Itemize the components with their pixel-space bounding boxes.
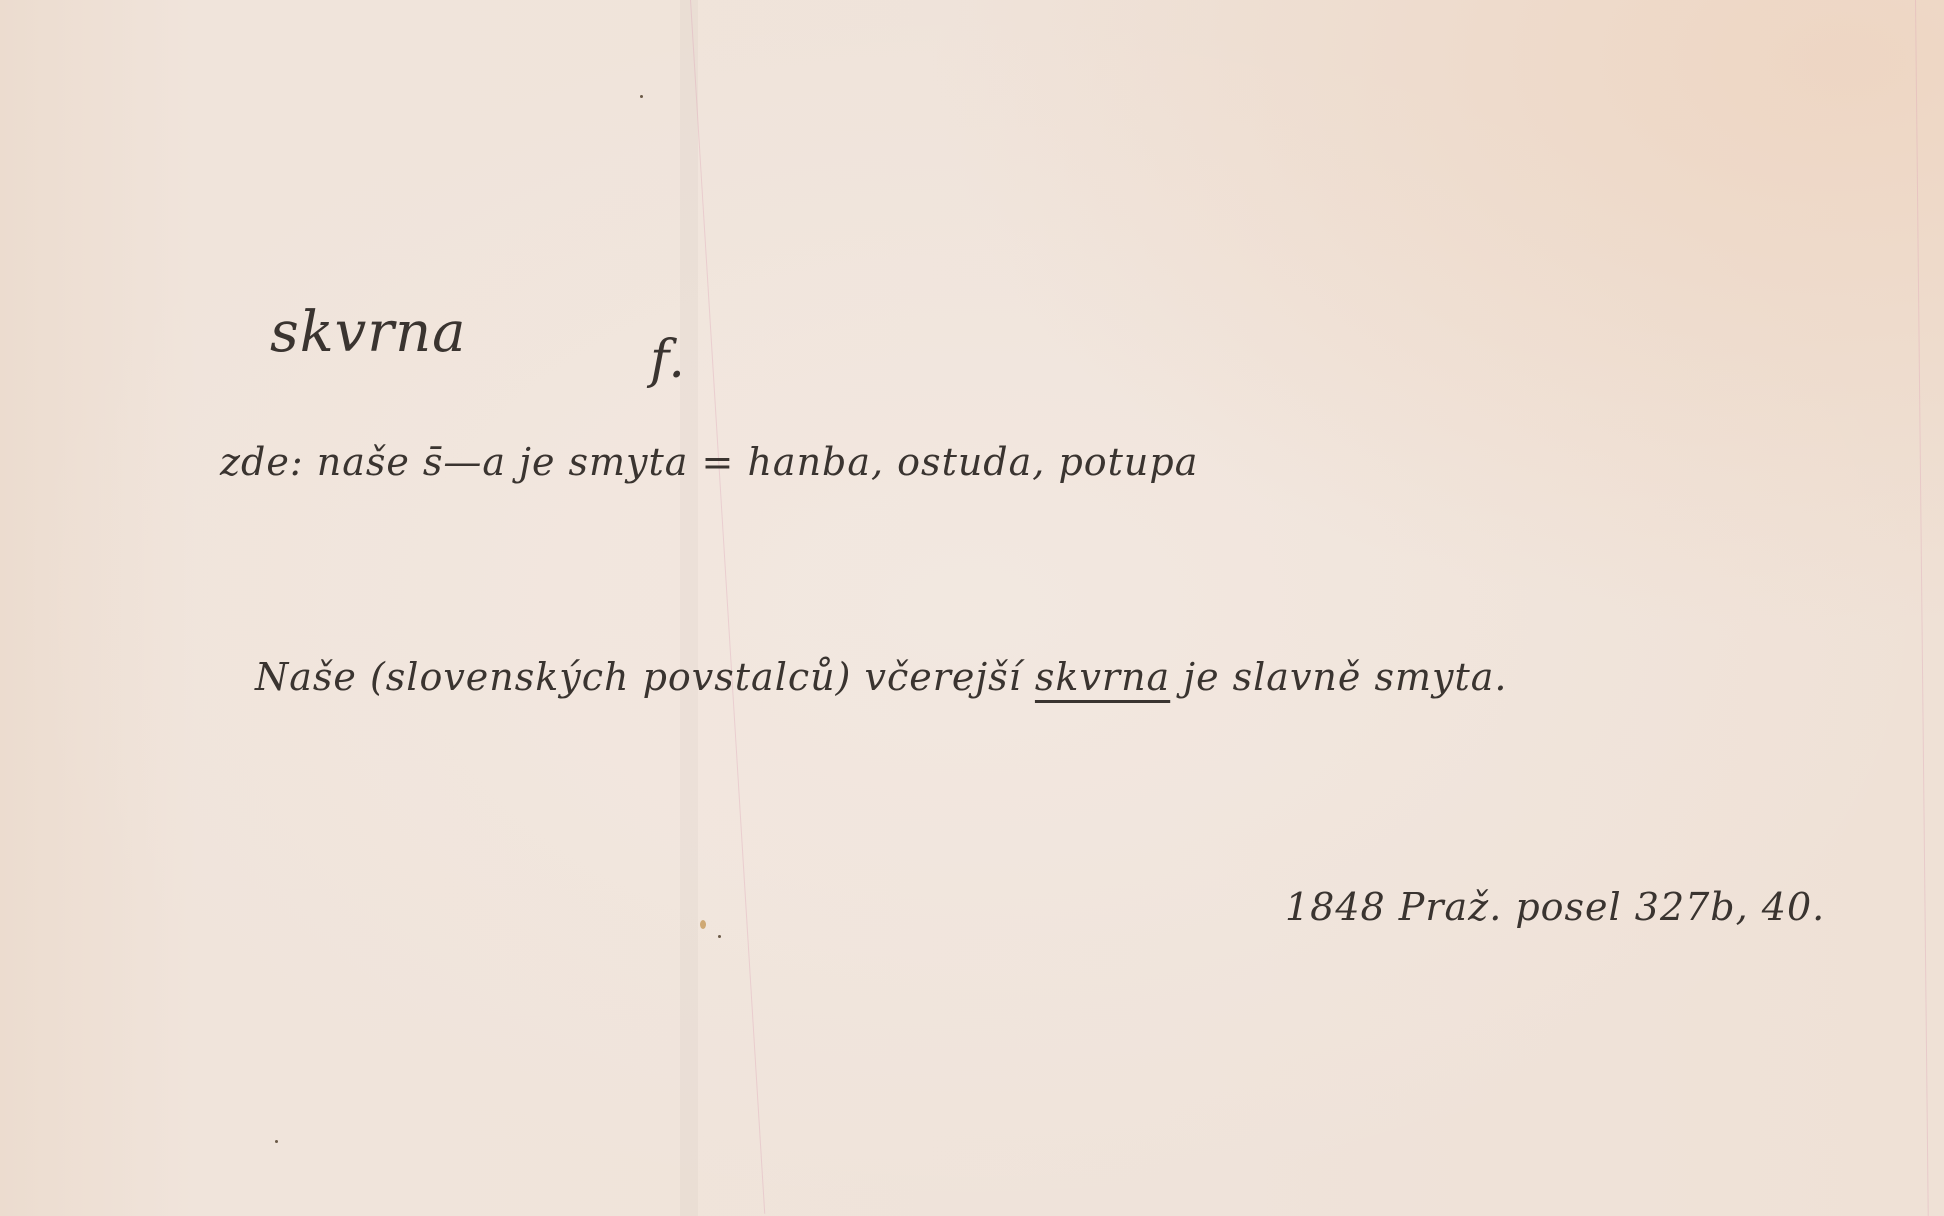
paper-rule-line (690, 0, 765, 1214)
paper-stain (700, 920, 706, 929)
example-sentence: Naše (slovenských povstalců) včerejší sk… (255, 655, 1507, 699)
grammatical-gender: f. (650, 330, 686, 390)
gloss-prefix: zde: (220, 440, 304, 484)
example-before: Naše (slovenských povstalců) včerejší (255, 655, 1035, 699)
headword: skvrna (270, 300, 467, 365)
paper-streak (680, 0, 698, 1216)
source-citation: 1848 Praž. posel 327b, 40. (1285, 885, 1825, 929)
gloss-line: zde: naše s̄—a je smyta = hanba, ostuda,… (220, 440, 1198, 484)
paper-speck (718, 935, 721, 938)
index-card: skvrna f. zde: naše s̄—a je smyta = hanb… (0, 0, 1944, 1216)
example-after: je slavně smyta. (1170, 655, 1507, 699)
paper-speck (640, 95, 643, 98)
paper-rule-line (1915, 0, 1929, 1216)
example-keyword: skvrna (1035, 655, 1170, 699)
paper-speck (275, 1140, 278, 1143)
gloss-text: naše s̄—a je smyta = hanba, ostuda, potu… (317, 440, 1199, 484)
